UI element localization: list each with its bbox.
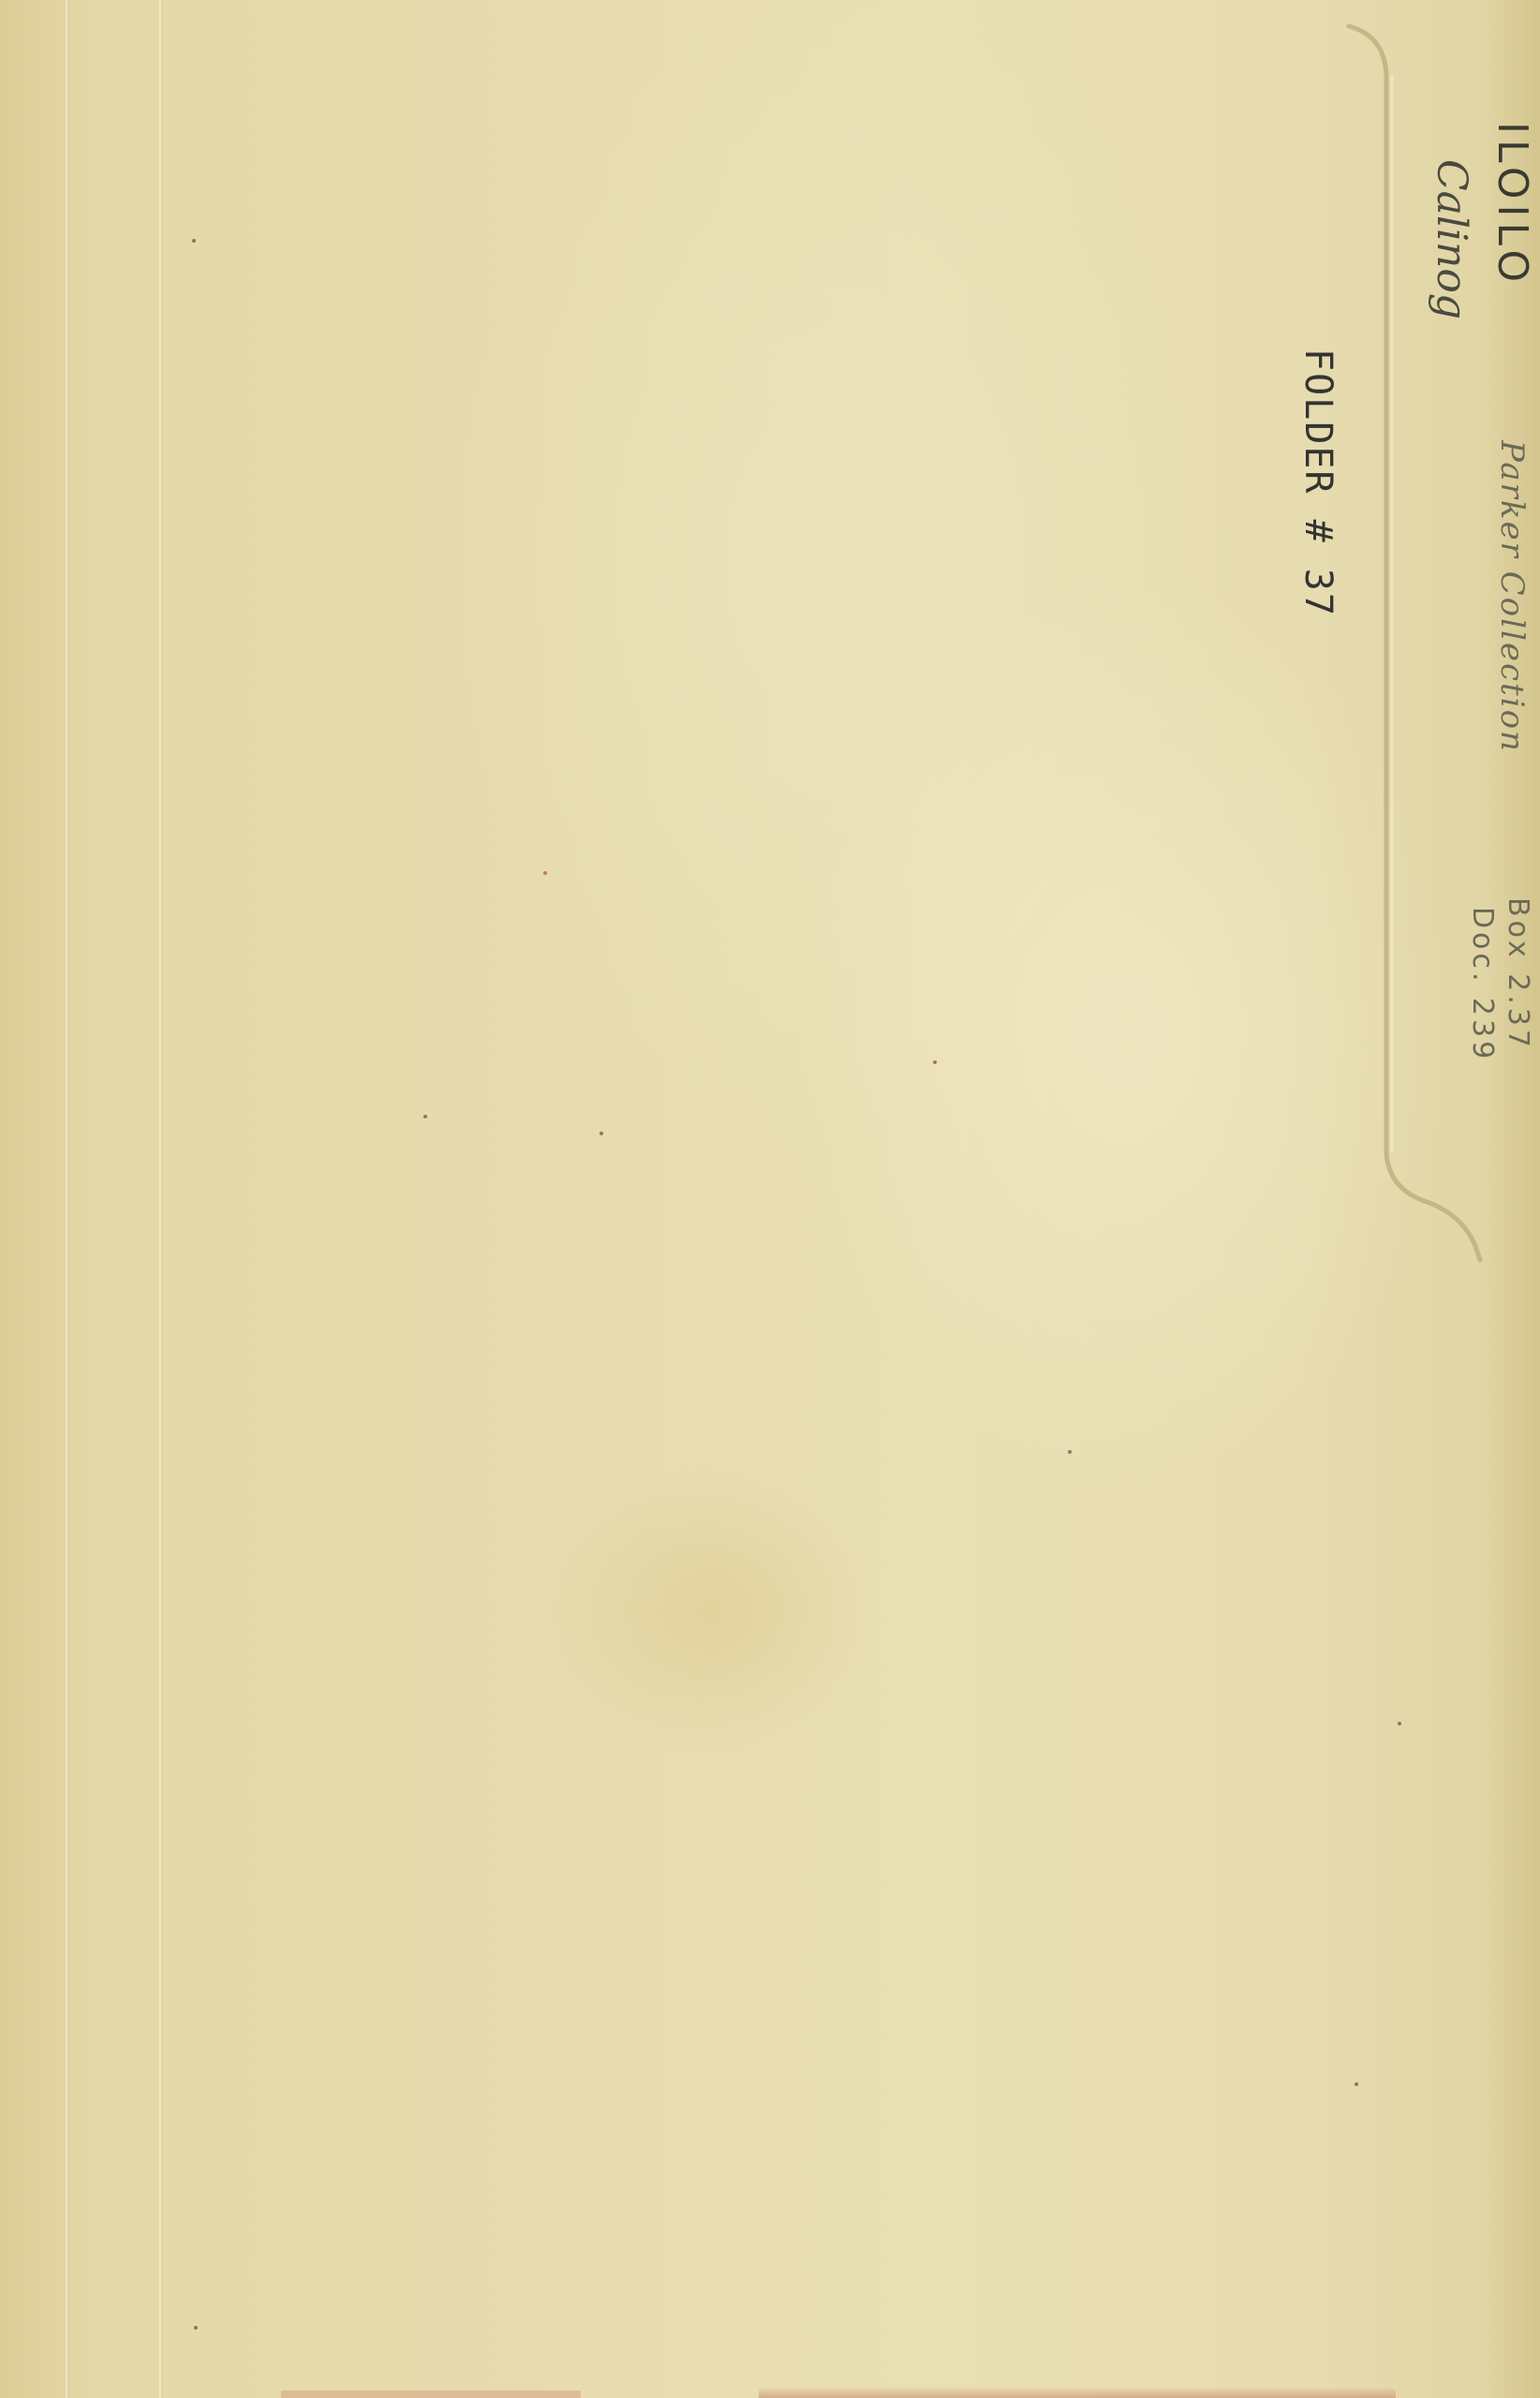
collection-label: Parker Collection bbox=[1493, 440, 1531, 753]
score-line-right bbox=[159, 0, 163, 2398]
edge-stain bbox=[759, 2387, 1396, 2398]
place-label: ILOILO bbox=[1488, 122, 1536, 288]
paper-speck bbox=[600, 1132, 603, 1135]
paper-speck bbox=[933, 1060, 937, 1064]
paper-speck bbox=[1398, 1722, 1401, 1725]
paper-speck bbox=[543, 871, 547, 875]
edge-stain bbox=[281, 2391, 581, 2398]
paper-speck bbox=[192, 239, 196, 243]
paper-speck bbox=[423, 1115, 427, 1118]
score-line-left bbox=[66, 0, 69, 2398]
folder-tab-edge-shade bbox=[1484, 0, 1540, 2398]
municipality-label: Calinog bbox=[1428, 159, 1475, 319]
paper-speck bbox=[194, 2326, 198, 2330]
doc-number-label: Doc. 239 bbox=[1466, 907, 1499, 1062]
folder-number-label: FOLDER # 37 bbox=[1296, 348, 1340, 617]
paper-speck bbox=[1068, 1450, 1072, 1454]
paper-speck bbox=[1355, 2082, 1358, 2086]
box-number-label: Box 2.37 bbox=[1502, 897, 1534, 1051]
